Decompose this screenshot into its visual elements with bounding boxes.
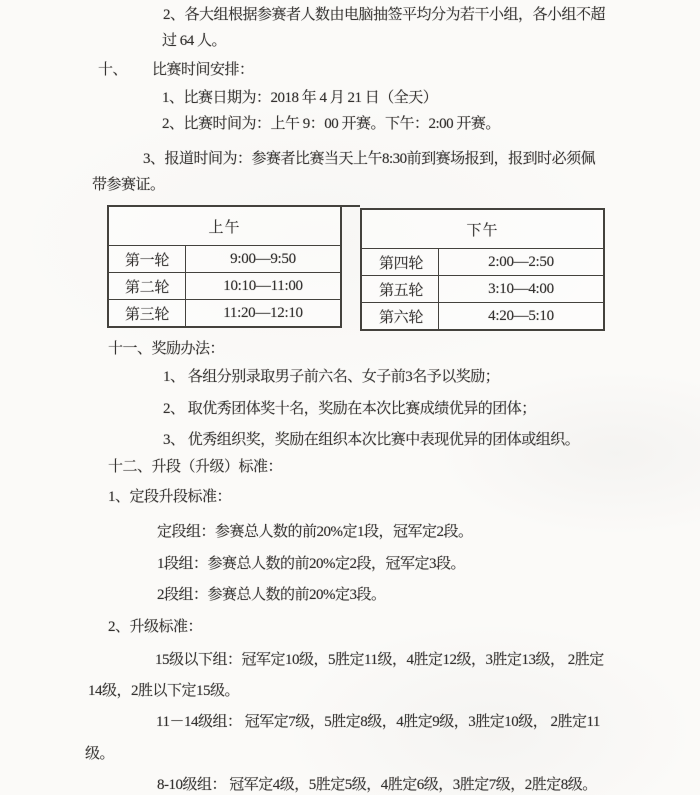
section-11-item-3: 3、 优秀组织奖，奖励在组织本次比赛中表现优异的团体或组织。	[163, 432, 579, 449]
schedule-afternoon-row-1-time: 2:00—2:50	[438, 248, 603, 275]
kyu-group-8-10-line: 8-10级组： 冠军定4级，5胜定5级，4胜定6级，3胜定7级，2胜定8级。	[157, 777, 597, 794]
dan-standards-item-3: 2段组：参赛总人数的前20%定3段。	[157, 587, 386, 604]
dan-standards-heading: 1、定段升段标准：	[108, 489, 231, 506]
section-12-title: 升段（升级）标准：	[152, 459, 283, 475]
schedule-table-divider	[342, 205, 360, 326]
section-10-item-1: 1、比赛日期为：2018 年 4 月 21 日（全天）	[162, 90, 437, 107]
schedule-morning-table: 上午 第一轮 9:00—9:50 第二轮 10:10—11:00 第三轮 11:…	[107, 205, 342, 328]
intro-line-2: 过 64 人。	[162, 33, 226, 50]
section-10-item-3: 3、报道时间为：参赛者比赛当天上午8:30前到赛场报到，报到时必须佩	[143, 151, 595, 168]
section-11-heading: 十一、奖励办法：	[108, 341, 224, 358]
section-12-number: 十二、	[108, 459, 152, 475]
schedule-afternoon-row-3-round: 第六轮	[362, 302, 440, 329]
dan-standards-item-2: 1段组：参赛总人数的前20%定2段，冠军定3段。	[157, 556, 465, 573]
schedule-morning-row-3-time: 11:20—12:10	[185, 299, 340, 326]
kyu-group-15-line-1: 15级以下组：冠军定10级，5胜定11级，4胜定12级，3胜定13级， 2胜定	[155, 652, 604, 669]
schedule-afternoon-row-2-round: 第五轮	[362, 275, 440, 302]
section-11-title: 奖励办法：	[152, 341, 225, 357]
schedule-afternoon-table: 下午 第四轮 2:00—2:50 第五轮 3:10—4:00 第六轮 4:20—…	[360, 208, 605, 331]
section-11-number: 十一、	[108, 341, 152, 357]
section-10-number: 十、	[98, 62, 127, 78]
schedule-table: 上午 第一轮 9:00—9:50 第二轮 10:10—11:00 第三轮 11:…	[107, 205, 605, 331]
section-11-item-1: 1、 各组分别录取男子前六名、女子前3名予以奖励；	[163, 369, 499, 386]
kyu-group-11-14-line-1: 11－14级组： 冠军定7级，5胜定8级，4胜定9级，3胜定10级， 2胜定11	[156, 714, 600, 731]
section-12-heading: 十二、升段（升级）标准：	[108, 459, 282, 476]
schedule-morning-row-1-round: 第一轮	[109, 245, 185, 272]
schedule-afternoon-header: 下午	[362, 210, 603, 248]
schedule-morning-row-2-time: 10:10—11:00	[185, 272, 340, 299]
kyu-group-11-14-line-2: 级。	[85, 746, 114, 763]
schedule-morning-row-3-round: 第三轮	[109, 299, 185, 326]
schedule-morning-row-1-time: 9:00—9:50	[185, 245, 340, 272]
schedule-morning-row-2-round: 第二轮	[109, 272, 185, 299]
section-10-item-2: 2、比赛时间为：上午 9：00 开赛。下午：2:00 开赛。	[162, 116, 500, 133]
schedule-morning-header: 上午	[109, 207, 340, 245]
schedule-afternoon-row-1-round: 第四轮	[362, 248, 440, 275]
intro-line-1: 2、各大组根据参赛者人数由电脑抽签平均分为若干小组，各小组不超	[163, 7, 605, 24]
dan-standards-item-1: 定段组：参赛总人数的前20%定1段，冠军定2段。	[157, 524, 473, 541]
kyu-group-15-line-2: 14级，2胜以下定15级。	[88, 683, 239, 700]
schedule-afternoon-row-3-time: 4:20—5:10	[438, 302, 603, 329]
document-page: 2、各大组根据参赛者人数由电脑抽签平均分为若干小组，各小组不超 过 64 人。 …	[0, 0, 700, 795]
kyu-standards-heading: 2、升级标准：	[108, 619, 202, 636]
section-10-title: 比赛时间安排：	[152, 62, 254, 78]
schedule-afternoon-row-2-time: 3:10—4:00	[438, 275, 603, 302]
section-10-item-3-continuation: 带参赛证。	[92, 177, 165, 194]
section-10-heading: 十、比赛时间安排：	[98, 62, 254, 79]
section-11-item-2: 2、 取优秀团体奖十名，奖励在本次比赛成绩优异的团体；	[163, 401, 536, 418]
